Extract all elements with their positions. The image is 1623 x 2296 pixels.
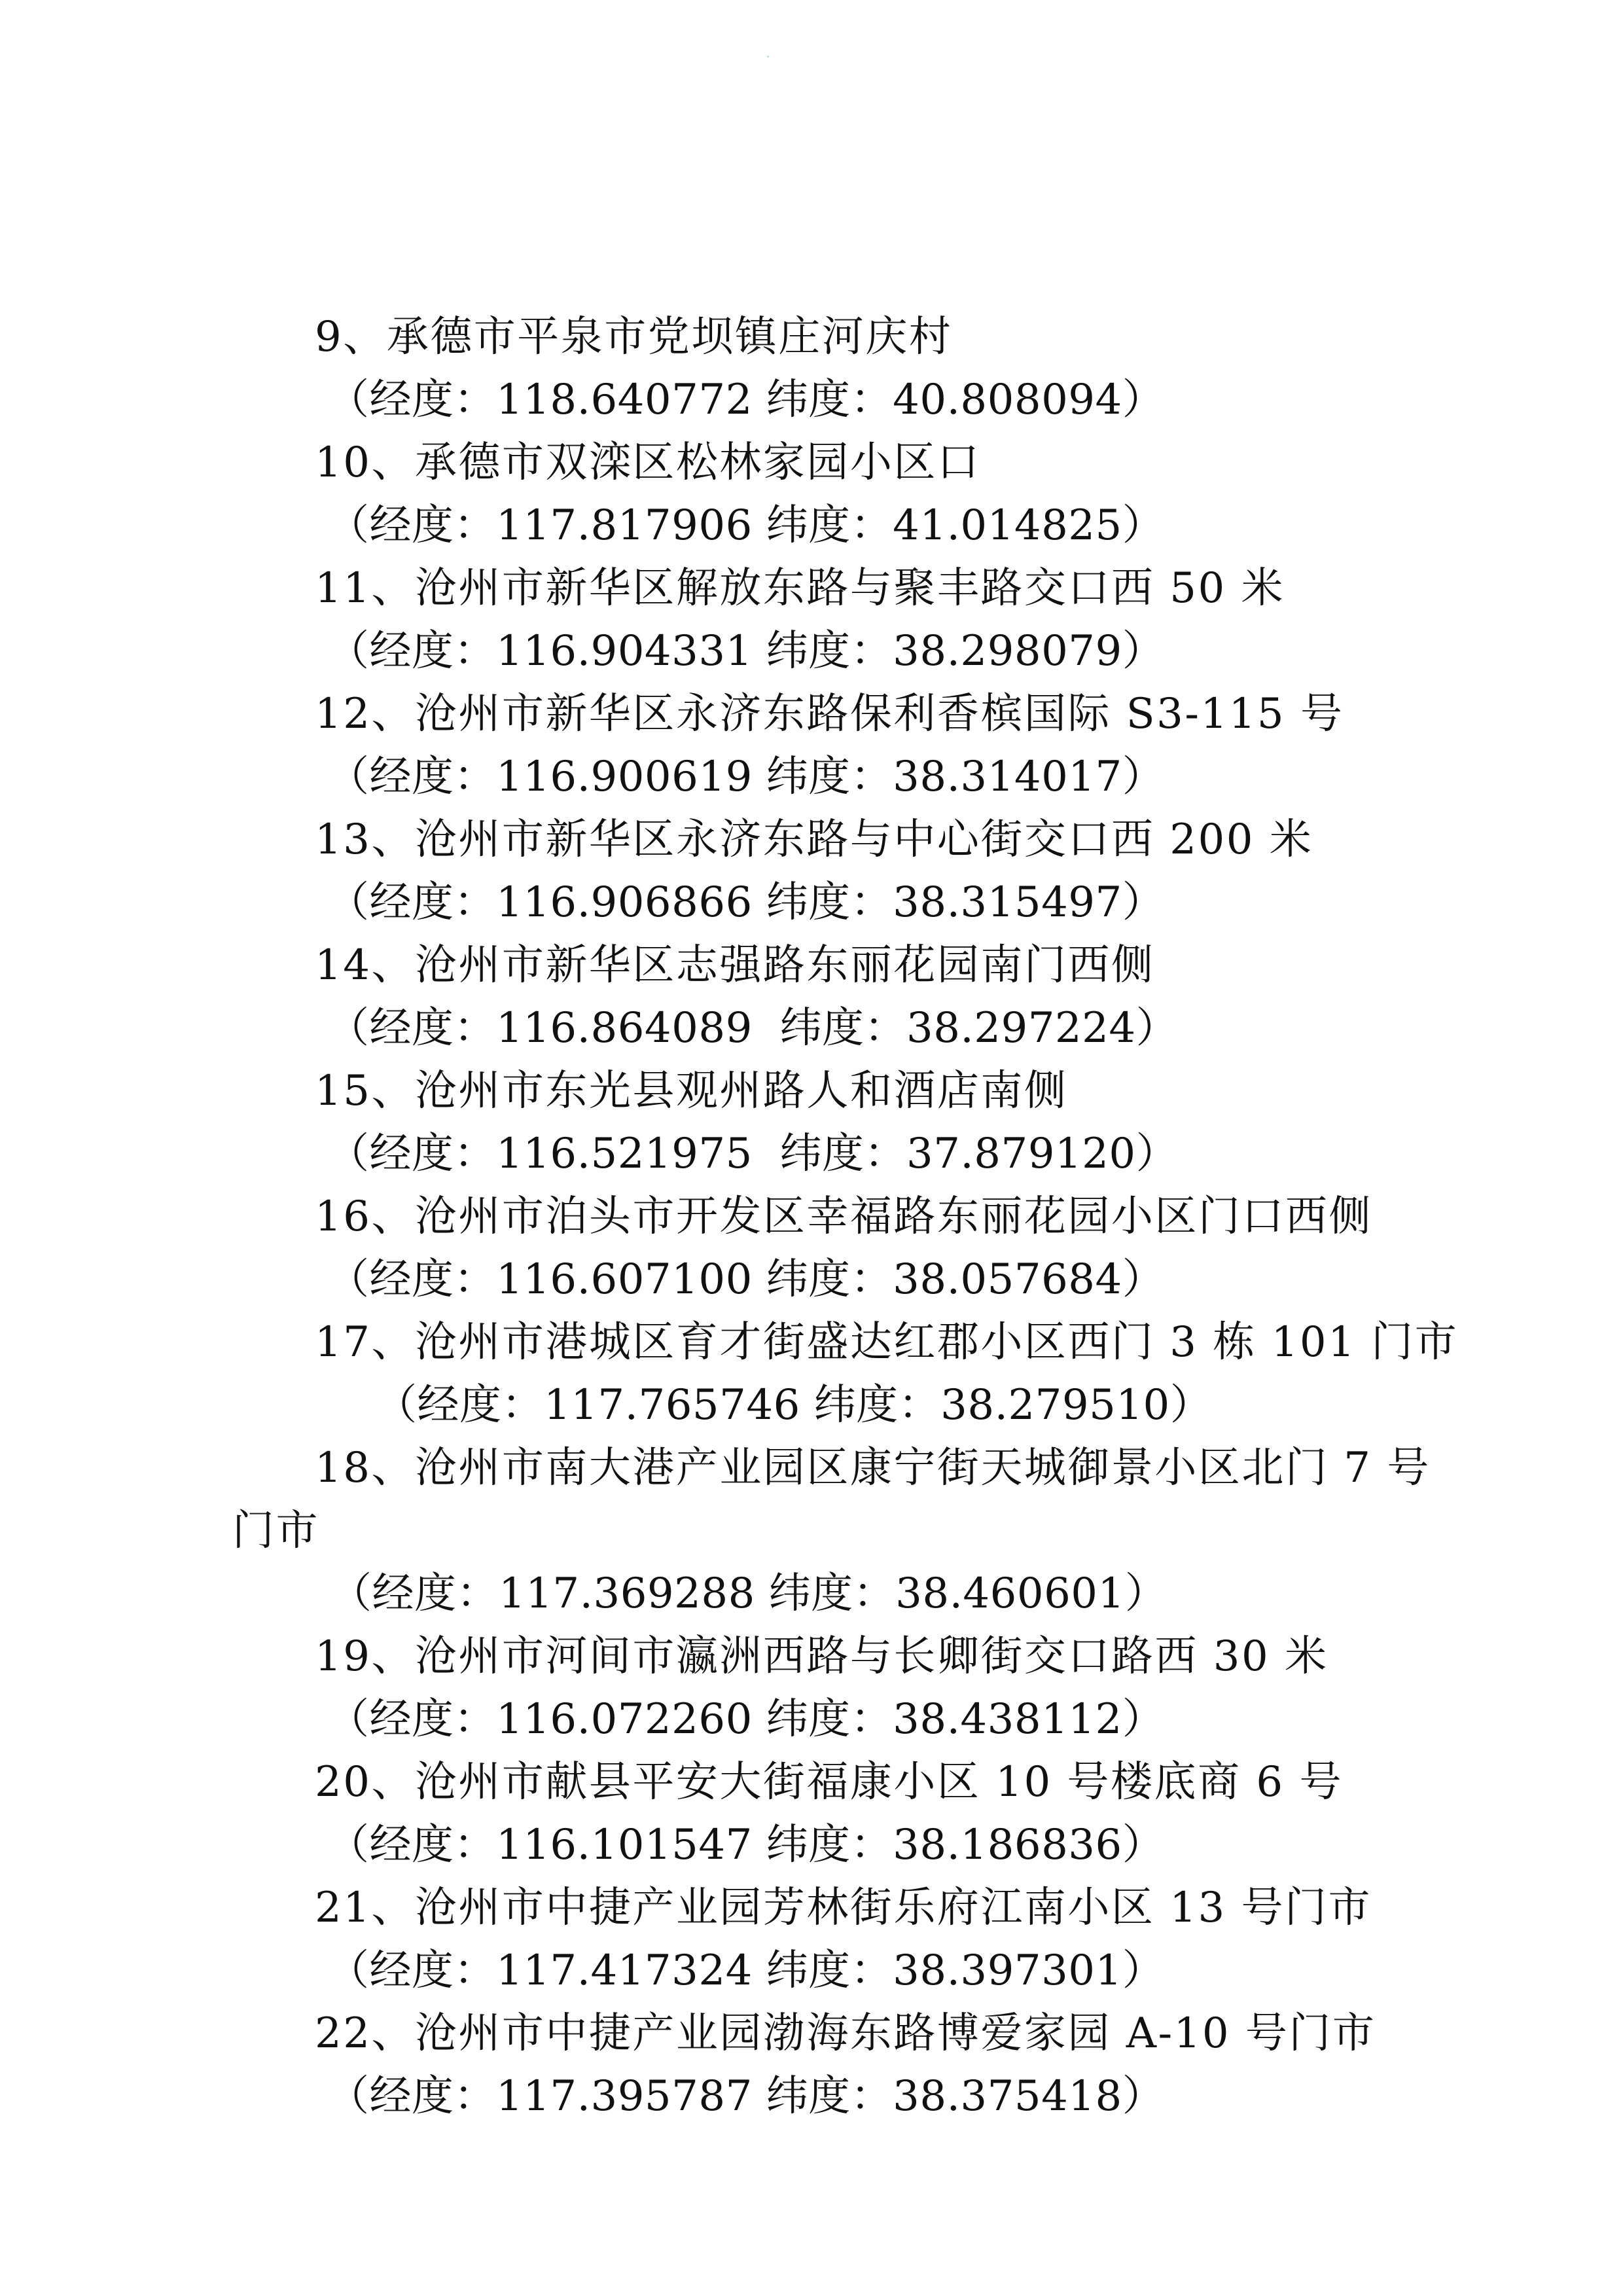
entry-address: 19、沧州市河间市瀛洲西路与长卿街交口路西 30 米 <box>315 1625 1329 1688</box>
entry-coordinates: （经度：117.395787 纬度：38.375418） <box>327 2065 1164 2128</box>
entry-address: 12、沧州市新华区永济东路保利香槟国际 S3-115 号 <box>315 683 1344 745</box>
entry-coordinates: （经度：116.864089 纬度：38.297224） <box>327 997 1178 1060</box>
entry-address: 18、沧州市南大港产业园区康宁街天城御景小区北门 7 号 <box>315 1437 1431 1499</box>
entry-address: 20、沧州市献县平安大街福康小区 10 号楼底商 6 号 <box>315 1751 1343 1814</box>
entry-address: 14、沧州市新华区志强路东丽花园南门西侧 <box>315 934 1154 997</box>
entry-address: 13、沧州市新华区永济东路与中心街交口西 200 米 <box>315 808 1313 871</box>
entry-address: 10、承德市双滦区松林家园小区口 <box>315 431 980 494</box>
entry-coordinates: （经度：117.369288 纬度：38.460601） <box>330 1562 1167 1625</box>
entry-address: 21、沧州市中捷产业园芳林街乐府江南小区 13 号门市 <box>315 1876 1372 1939</box>
entry-coordinates: （经度：116.607100 纬度：38.057684） <box>327 1248 1164 1311</box>
document-page: 9、承德市平泉市党坝镇庄河庆村 （经度：118.640772 纬度：40.808… <box>0 0 1623 2296</box>
entry-coordinates: （经度：117.417324 纬度：38.397301） <box>327 1939 1164 2002</box>
entry-address: 9、承德市平泉市党坝镇庄河庆村 <box>315 306 952 368</box>
entry-address: 16、沧州市泊头市开发区幸福路东丽花园小区门口西侧 <box>315 1185 1372 1248</box>
entry-address: 11、沧州市新华区解放东路与聚丰路交口西 50 米 <box>315 557 1285 620</box>
entry-coordinates: （经度：117.765746 纬度：38.279510） <box>375 1374 1212 1437</box>
entry-coordinates: （经度：116.906866 纬度：38.315497） <box>327 871 1164 934</box>
entry-address: 22、沧州市中捷产业园渤海东路博爱家园 A-10 号门市 <box>315 2002 1376 2065</box>
entry-address: 15、沧州市东光县观州路人和酒店南侧 <box>315 1060 1067 1122</box>
entry-address-wrap: 门市 <box>232 1499 319 1562</box>
entry-coordinates: （经度：116.072260 纬度：38.438112） <box>327 1688 1164 1751</box>
entry-coordinates: （经度：116.521975 纬度：37.879120） <box>327 1122 1178 1185</box>
entry-coordinates: （经度：118.640772 纬度：40.808094） <box>327 368 1164 431</box>
entry-coordinates: （经度：116.101547 纬度：38.186836） <box>327 1814 1164 1876</box>
entry-address: 17、沧州市港城区育才街盛达红郡小区西门 3 栋 101 门市 <box>315 1311 1458 1374</box>
entry-coordinates: （经度：116.900619 纬度：38.314017） <box>327 745 1164 808</box>
entry-coordinates: （经度：116.904331 纬度：38.298079） <box>327 620 1164 683</box>
entry-coordinates: （经度：117.817906 纬度：41.014825） <box>327 494 1164 557</box>
scan-artifact <box>767 56 769 58</box>
